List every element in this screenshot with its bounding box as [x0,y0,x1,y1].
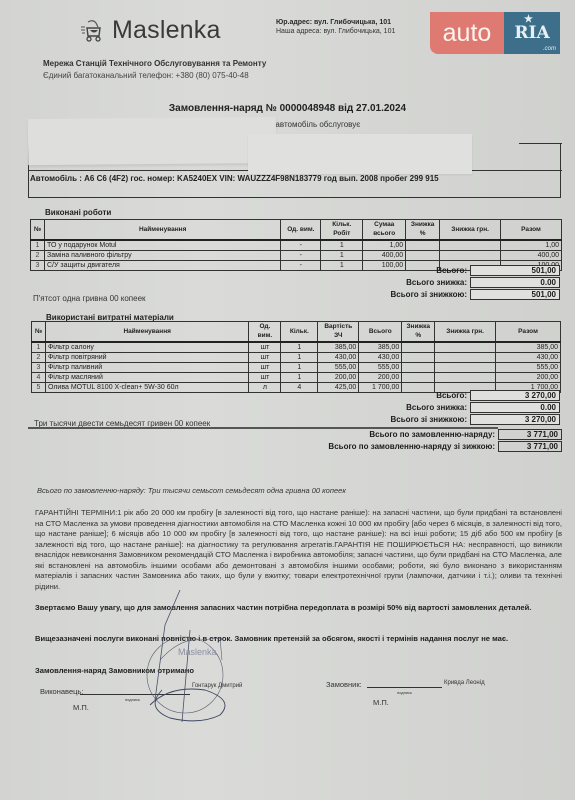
cell-qty: 1 [281,362,318,372]
cell-sum: 200,00 [359,372,402,382]
customer-signature-line [367,687,442,688]
cell-disc_pct [402,352,435,362]
table-row: 2Фільтр повітрянийшт1430,00430,00430,00 [32,352,561,362]
cell-disc_uah [435,352,496,362]
customer-name: Кривда Леонід [444,680,485,686]
company-phone: Єдиний багатоканальний телефон: +380 (80… [43,71,249,80]
materials-header-4: Вартість ЗЧ [318,322,359,342]
completion-statement: Вищезазначені послуги виконані повністю … [35,634,562,645]
cell-name: С/У защиты двигателя [44,260,280,270]
cell-disc_pct [402,372,435,382]
executor-sign-hint: подпись [125,697,140,702]
warranty-terms: ГАРАНТІЙНІ ТЕРМІНИ:1 рік або 20 000 км п… [35,508,562,592]
cell-name: Заміна паливного фільтру [44,250,280,260]
works-discount: 0.00 [470,277,560,288]
cell-qty: 1 [321,250,363,260]
executor-stamp-place: М.П. [73,703,89,712]
cell-price: 555,00 [318,362,359,372]
cell-no: 3 [31,260,45,270]
redaction-patch [28,117,276,165]
autoria-watermark: auto ★ RIA .com [430,12,560,54]
works-header-7: Разом [501,220,562,240]
cell-disc_uah [435,372,496,382]
cell-total: 200,00 [496,372,561,382]
cell-no: 2 [32,352,46,362]
our-address: Наша адреса: вул. Глибочицька, 101 [276,28,395,35]
materials-total-with-discount: 3 270,00 [470,414,560,425]
cell-total: 385,00 [496,342,561,353]
customer-label: Замовник: [326,680,362,689]
cell-no: 5 [32,382,46,392]
order-title: Замовлення-наряд № 0000048948 від 27.01.… [0,103,575,114]
cell-disc_pct [402,362,435,372]
cell-total: 555,00 [496,362,561,372]
works-total-with-discount: 501,00 [470,289,560,300]
materials-header-8: Разом [496,322,561,342]
cell-name: Олива MOTUL 8100 X-clean+ 5W-30 60л [45,382,248,392]
cell-unit: шт [249,352,281,362]
works-section-title: Виконані роботи [45,208,111,217]
cell-qty: 1 [281,342,318,353]
works-total-in-words: П'ятсот одна гривна 00 копеек [33,294,146,303]
redaction-patch [248,134,472,174]
works-header-4: Сумаа всього [363,220,406,240]
cell-price: 430,00 [318,352,359,362]
cell-name: Фільтр повітряний [45,352,248,362]
works-header-1: Найменування [44,220,280,240]
cell-name: Фільтр масляний [45,372,248,382]
cell-disc_uah [440,240,501,251]
cell-qty: 1 [281,352,318,362]
executor-signature-line [80,694,190,695]
car-info-line: Автомобіль : A6 C6 (4F2) гос. номер: KA5… [30,174,439,183]
svg-text:Maslenka: Maslenka [178,647,217,657]
brand-name: Maslenka [112,16,221,45]
executor-label: Виконавець: [40,687,83,696]
star-icon: ★ [524,14,533,25]
company-logo: Maslenka [80,16,221,45]
cell-unit: шт [249,362,281,372]
prepayment-notice: Звертаємо Вашу увагу, що для замовлення … [35,603,562,614]
cell-unit: - [281,240,321,251]
works-header-5: Знижка % [406,220,440,240]
cell-unit: шт [249,372,281,382]
watermark-ria: ★ RIA .com [504,12,560,54]
materials-table: №НайменуванняОд. вим.Кільк.Вартість ЗЧВс… [31,321,561,393]
cell-name: Фільтр паливний [45,362,248,372]
cell-sum: 385,00 [359,342,402,353]
cell-unit: - [281,250,321,260]
cell-no: 1 [32,342,46,353]
materials-header-1: Найменування [45,322,248,342]
table-row: 4Фільтр маслянийшт1200,00200,00200,00 [32,372,561,382]
cell-disc_uah [435,342,496,353]
works-table: №НайменуванняОд. вим.Кільк. РобітСумаа в… [30,219,562,271]
cell-price: 385,00 [318,342,359,353]
cell-disc_uah [435,362,496,372]
table-row: 2Заміна паливного фільтру-1400,00400,00 [31,250,562,260]
executor-name: Гонтарук Дмитрий [192,683,242,689]
cell-total: 430,00 [496,352,561,362]
materials-header-2: Од. вим. [249,322,281,342]
cell-qty: 1 [321,240,363,251]
cell-no: 1 [31,240,45,251]
cell-total: 400,00 [501,250,562,260]
cell-unit: л [249,382,281,392]
legal-address: Юр.адрес: вул. Глибочицька, 101 [276,19,391,26]
customer-sign-hint: подпись [397,690,412,695]
materials-header-6: Знижка % [402,322,435,342]
received-statement: Замовлення-наряд Замовником отримано [35,666,562,677]
cell-name: Фільтр салону [45,342,248,353]
materials-header-0: № [32,322,46,342]
table-row: 3Фільтр паливнийшт1555,00555,00555,00 [32,362,561,372]
work-order-document: Maslenka Мережа Станцій Технічного Обслу… [0,0,575,800]
grand-total-in-words: Всього по замовленню-наряду: Три тысячи … [37,486,346,495]
materials-total: 3 270,00 [470,390,560,401]
cell-sum: 430,00 [359,352,402,362]
materials-discount: 0.00 [470,402,560,413]
cell-unit: шт [249,342,281,353]
works-header-6: Знижка грн. [440,220,501,240]
cell-disc_pct [402,342,435,353]
cell-no: 2 [31,250,45,260]
oil-can-cart-icon [80,18,106,44]
cell-name: ТО у подарунок Motul [44,240,280,251]
works-header-2: Од. вим. [281,220,321,240]
grand-total: 3 771,00 [498,429,562,440]
company-description: Мережа Станцій Технічного Обслуговування… [43,59,266,68]
grand-total-with-discount: 3 771,00 [498,441,562,452]
materials-header-7: Знижка грн. [435,322,496,342]
cell-sum: 1,00 [363,240,406,251]
customer-stamp-place: М.П. [373,698,389,707]
materials-header-3: Кільк. [281,322,318,342]
works-total: 501,00 [470,265,560,276]
cell-no: 4 [32,372,46,382]
works-header-3: Кільк. Робіт [321,220,363,240]
watermark-auto: auto [430,12,504,54]
materials-header-5: Всього [359,322,402,342]
cell-qty: 1 [281,372,318,382]
cell-sum: 555,00 [359,362,402,372]
table-row: 1ТО у подарунок Motul-11,001,00 [31,240,562,251]
cell-disc_uah [440,250,501,260]
table-row: 1Фільтр салонушт1385,00385,00385,00 [32,342,561,353]
cell-disc_pct [406,250,440,260]
works-header-0: № [31,220,45,240]
cell-price: 200,00 [318,372,359,382]
cell-total: 1,00 [501,240,562,251]
cell-sum: 400,00 [363,250,406,260]
materials-totals: Всього:3 270,00 Всього знижка:0.00 Всьог… [300,389,560,425]
cell-disc_pct [406,240,440,251]
cell-no: 3 [32,362,46,372]
grand-totals: Всього по замовленню-наряду:3 771,00 Всь… [230,428,562,452]
works-totals: Всього:501,00 Всього знижка:0.00 Всього … [300,264,560,300]
